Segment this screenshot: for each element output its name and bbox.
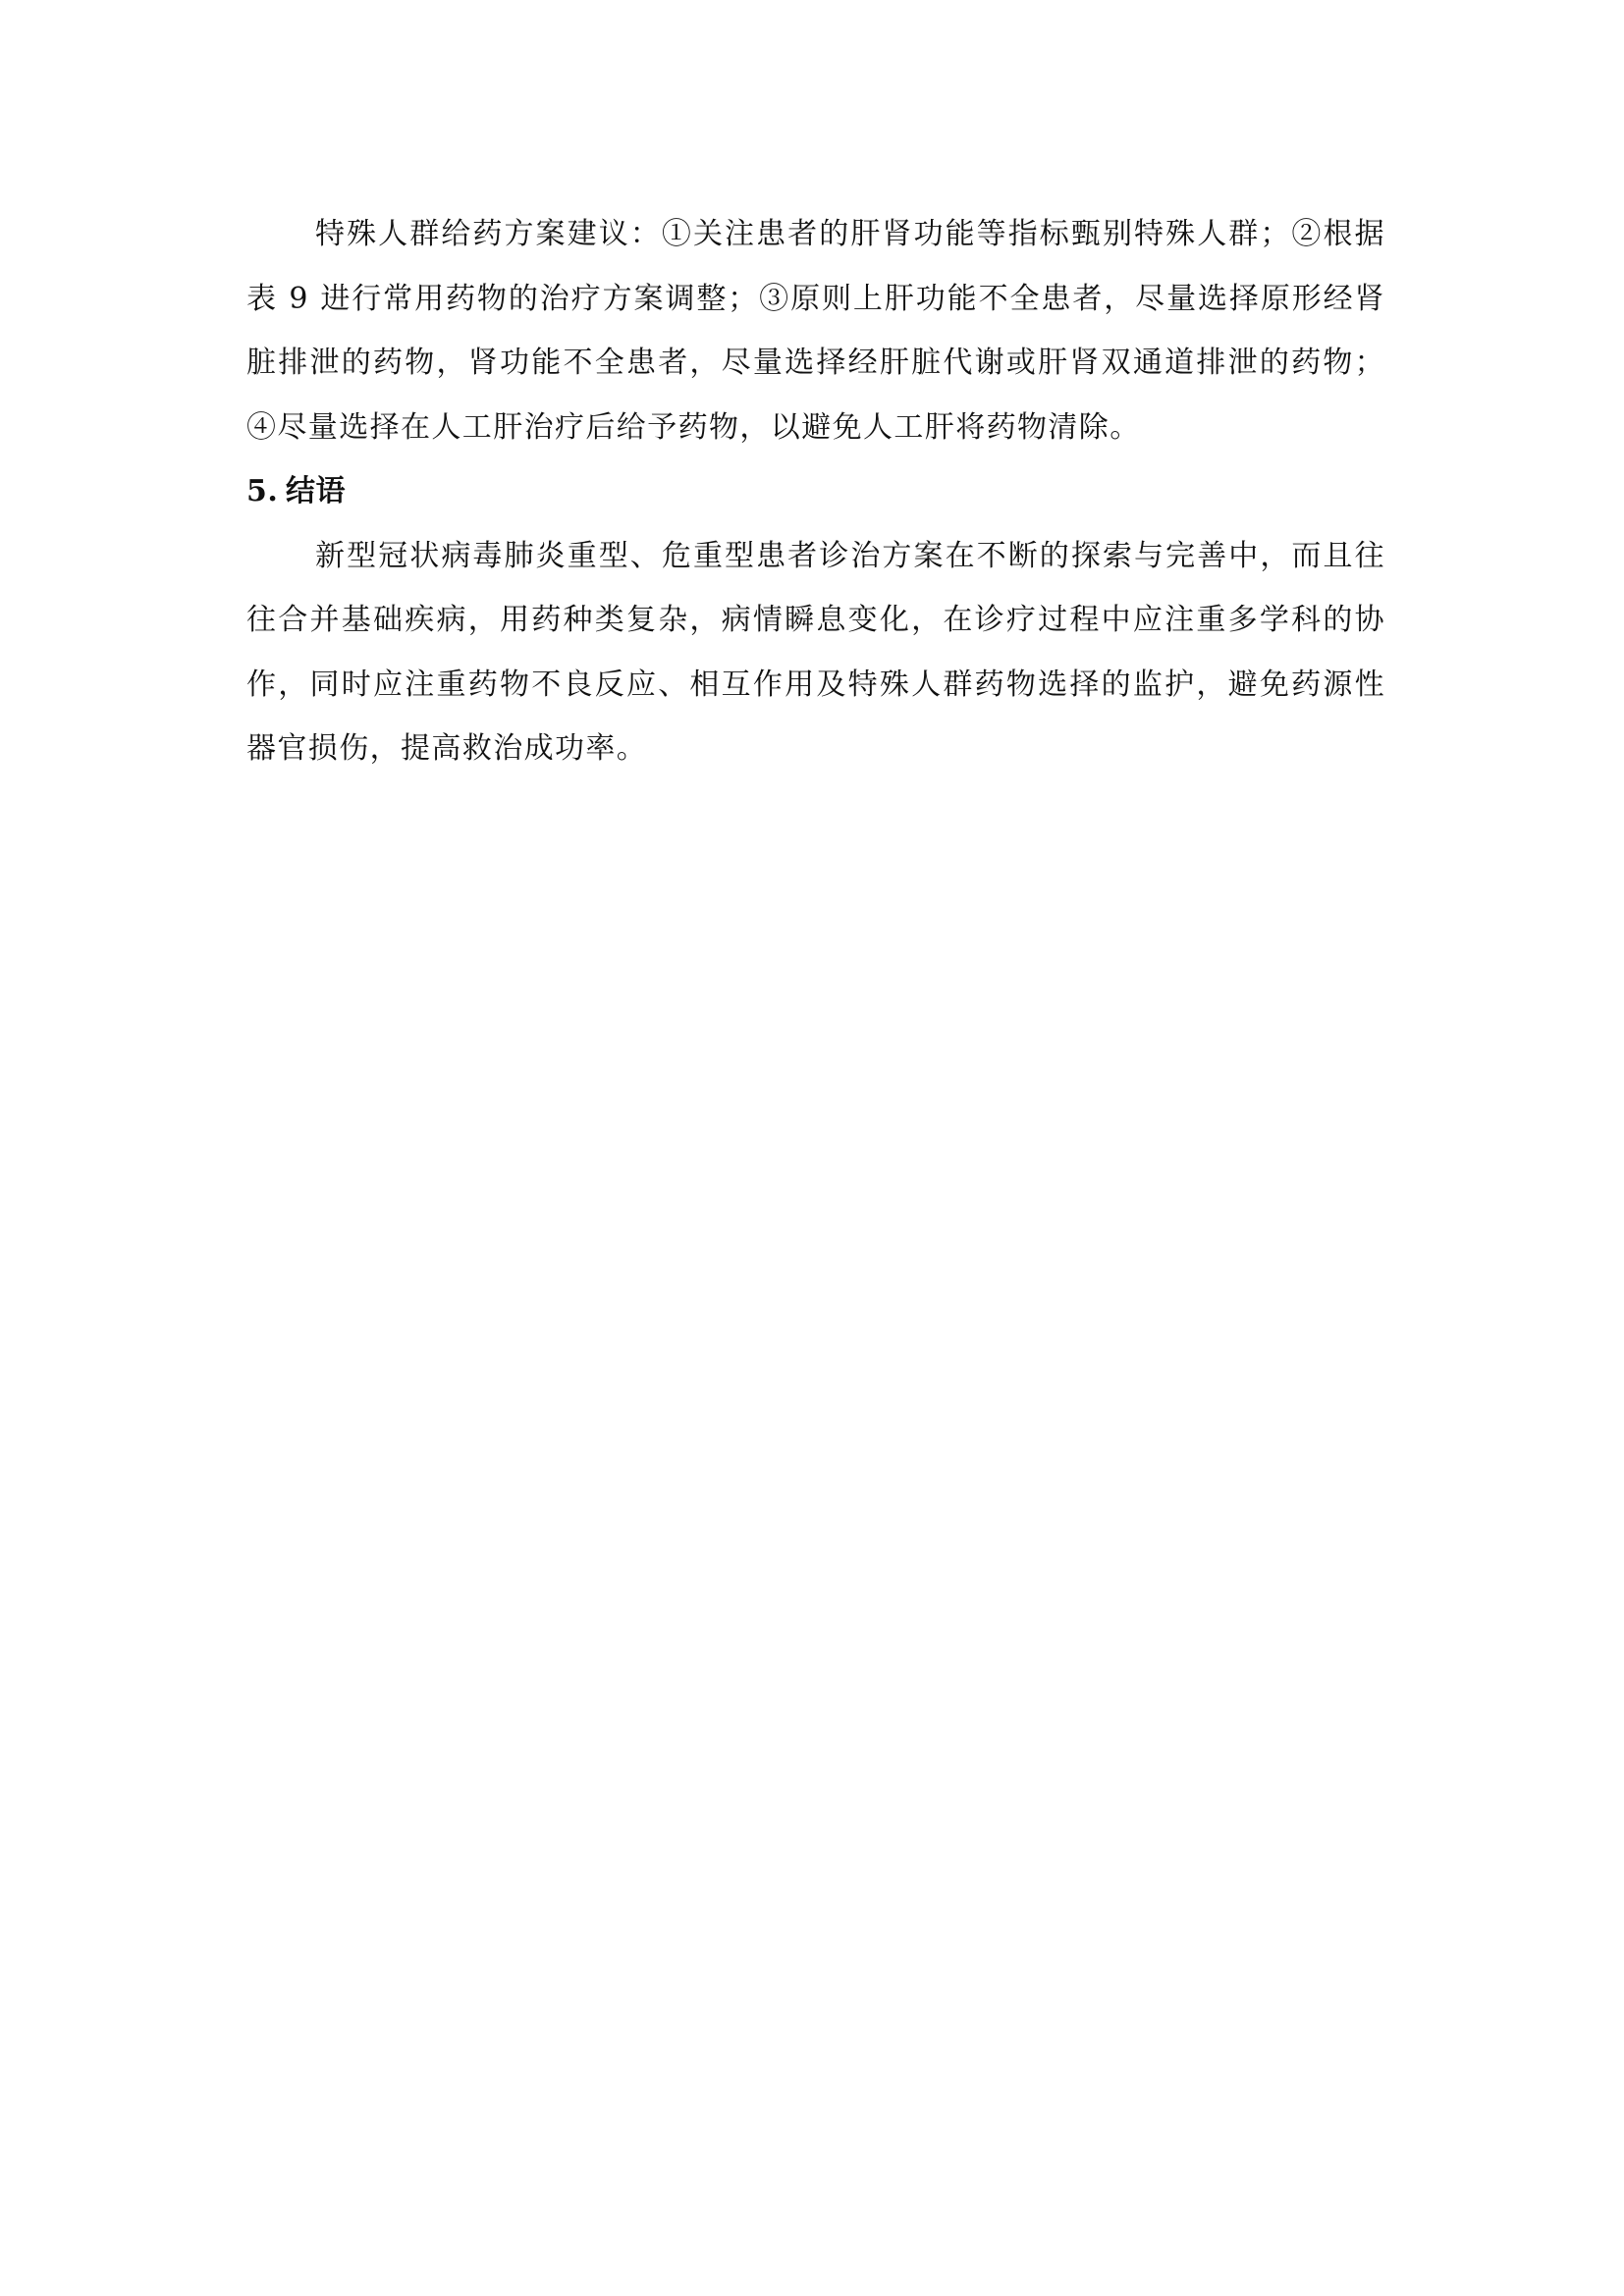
section-title: 结语 [286,474,346,508]
conclusion-paragraph: 新型冠状病毒肺炎重型、危重型患者诊治方案在不断的探索与完善中，而且往往合并基础疾… [246,524,1385,781]
special-population-dosing-paragraph: 特殊人群给药方案建议：①关注患者的肝肾功能等指标甄别特殊人群；②根据表 9 进行… [246,202,1385,459]
section-heading-conclusion: 5.结语 [246,459,1385,524]
section-number: 5. [246,459,286,524]
document-page: 特殊人群给药方案建议：①关注患者的肝肾功能等指标甄别特殊人群；②根据表 9 进行… [246,202,1385,781]
